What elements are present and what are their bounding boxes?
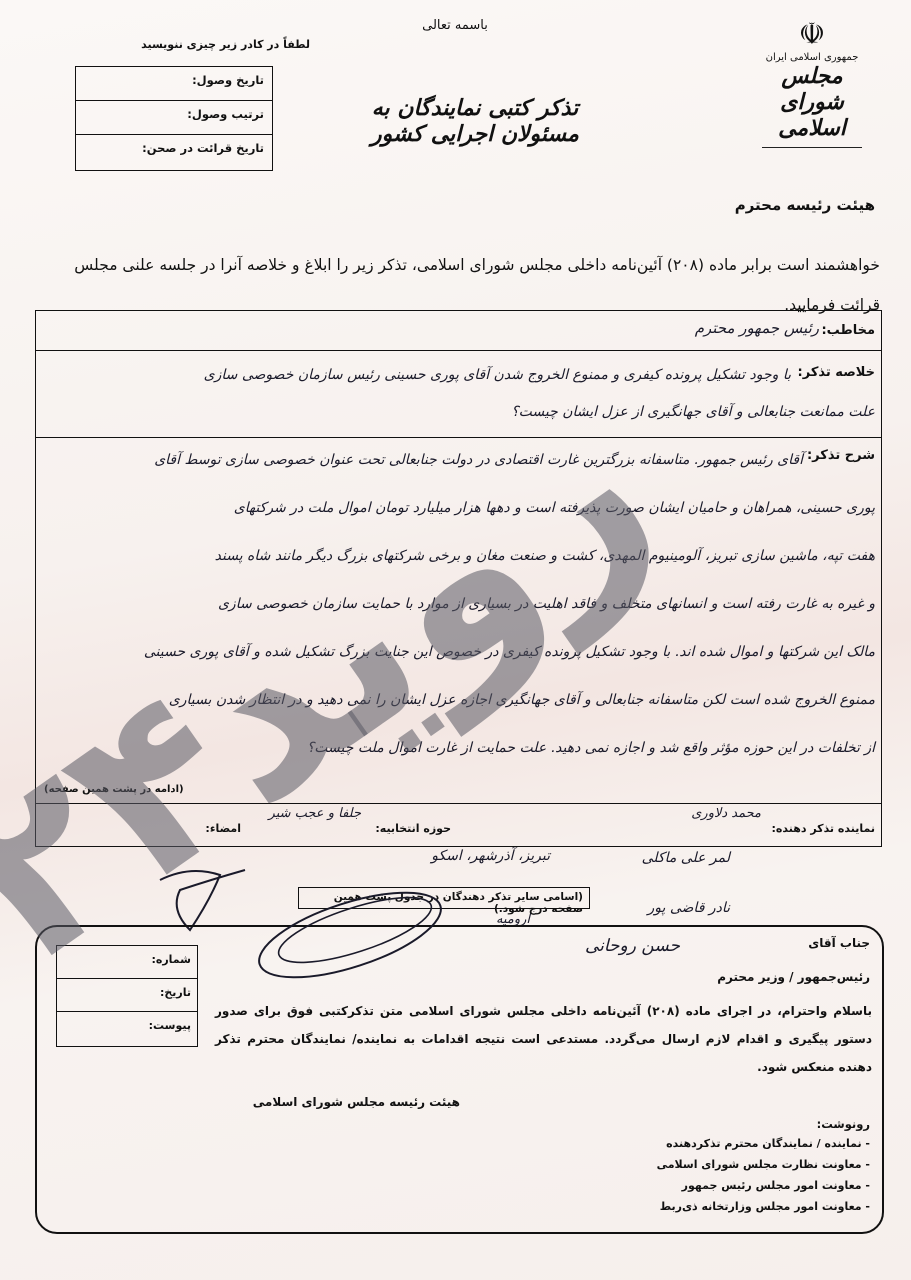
summary-row: خلاصه تذکر: با وجود تشکیل پرونده کیفری و… [36,351,881,438]
date-field: تاریخ: [57,979,197,1012]
fill-note: لطفاً در کادر زیر چیزی ننویسید [110,38,310,51]
explanation-label: شرح تذکر: [807,448,875,463]
cc-item: - معاونت امور مجلس وزارتخانه ذی‌ربط [560,1196,870,1217]
representative-label: نماینده تذکر دهنده: [772,822,876,835]
receipt-date-field: تاریخ وصول: [76,67,272,101]
referral-body: باسلام واحترام، در اجرای ماده (۲۰۸) آئین… [215,997,872,1081]
attachment-field: پیوست: [57,1012,197,1045]
reading-date-field: تاریخ قرائت در صحن: [76,135,272,169]
honorific-value: حسن روحانی [480,936,680,956]
receipt-order-field: ترتیب وصول: [76,101,272,135]
explanation-row: شرح تذکر: آقای رئیس جمهور. متاسفانه بزرگ… [36,438,881,804]
number-field: شماره: [57,946,197,979]
summary-line: با وجود تشکیل پرونده کیفری و ممنوع الخرو… [42,357,791,394]
cc-item: - معاونت امور مجلس رئیس جمهور [560,1175,870,1196]
signature-label: امضاء: [205,822,241,835]
explanation-line: هفت تپه، ماشین سازی تبریز، آلومینیوم الم… [42,538,875,575]
explanation-line: ممنوع الخروج شده است لکن متاسفانه جنابعا… [42,682,875,719]
explanation-line: مالک این شرکتها و اموال شده اند. با وجود… [42,634,875,671]
signature-loop-icon [240,880,460,990]
summary-label: خلاصه تذکر: [798,365,875,380]
addressee-value: رئیس جمهور محترم [695,319,819,337]
honorific-label: جناب آقای [690,936,870,950]
logo-line2: مجلس شورای اسلامی [752,63,872,141]
district-value: جلفا و عجب شیر [269,806,361,821]
minister-label: رئیس‌جمهور / وزیر محترم [600,970,870,984]
reminder-form: مخاطب: رئیس جمهور محترم خلاصه تذکر: با و… [35,310,882,847]
document-page: باسمه تعالی لطفاً در کادر زیر چیزی ننویس… [0,0,911,1280]
representative-name: محمد دلاوری [691,806,761,821]
summary-line: علت ممانعت جنابعالی و آقای جهانگیری از ع… [42,394,875,431]
representative-row: نماینده تذکر دهنده: محمد دلاوری حوزه انت… [36,804,881,846]
document-title: تذکر کتبی نمایندگان به مسئولان اجرایی کش… [330,95,620,147]
explanation-line: از تخلفات در این حوزه مؤثر واقع شد و اجا… [42,730,875,767]
letter-meta-box: شماره: تاریخ: پیوست: [56,945,198,1047]
extra-handwriting: تبریز، آذرشهر، اسکو [330,848,550,864]
explanation-line: آقای رئیس جمهور. متاسفانه بزرگترین غارت … [42,442,803,479]
parliament-logo: ☫ جمهوری اسلامی ایران مجلس شورای اسلامی [752,18,872,158]
continued-note: (ادامه در پشت همین صفحه) [44,784,184,795]
extra-handwriting: نادر قاضی پور [600,900,730,916]
cc-item: - نماینده / نمایندگان محترم تذکردهنده [560,1133,870,1154]
bismillah: باسمه تعالی [400,18,510,33]
salutation: هیئت رئیسه محترم [600,196,875,214]
explanation-line: و غیره به غارت رفته است و انسانهای متخلف… [42,586,875,623]
district-label: حوزه انتخابیه: [375,822,451,835]
iran-emblem-icon: ☫ [752,18,872,52]
cc-list: - نماینده / نمایندگان محترم تذکردهنده - … [560,1133,870,1217]
receipt-box: تاریخ وصول: ترتیب وصول: تاریخ قرائت در ص… [75,66,273,171]
signatory: هیئت رئیسه مجلس شورای اسلامی [230,1095,460,1109]
cc-title: رونوشت: [780,1117,870,1131]
addressee-row: مخاطب: رئیس جمهور محترم [36,311,881,351]
logo-line1: جمهوری اسلامی ایران [752,52,872,63]
addressee-label: مخاطب: [821,323,875,338]
cc-item: - معاونت نظارت مجلس شورای اسلامی [560,1154,870,1175]
explanation-line: پوری حسینی، همراهان و حامیان ایشان صورت … [42,490,875,527]
logo-divider [762,147,862,148]
extra-handwriting: لمر علی ماکلی [620,850,730,866]
